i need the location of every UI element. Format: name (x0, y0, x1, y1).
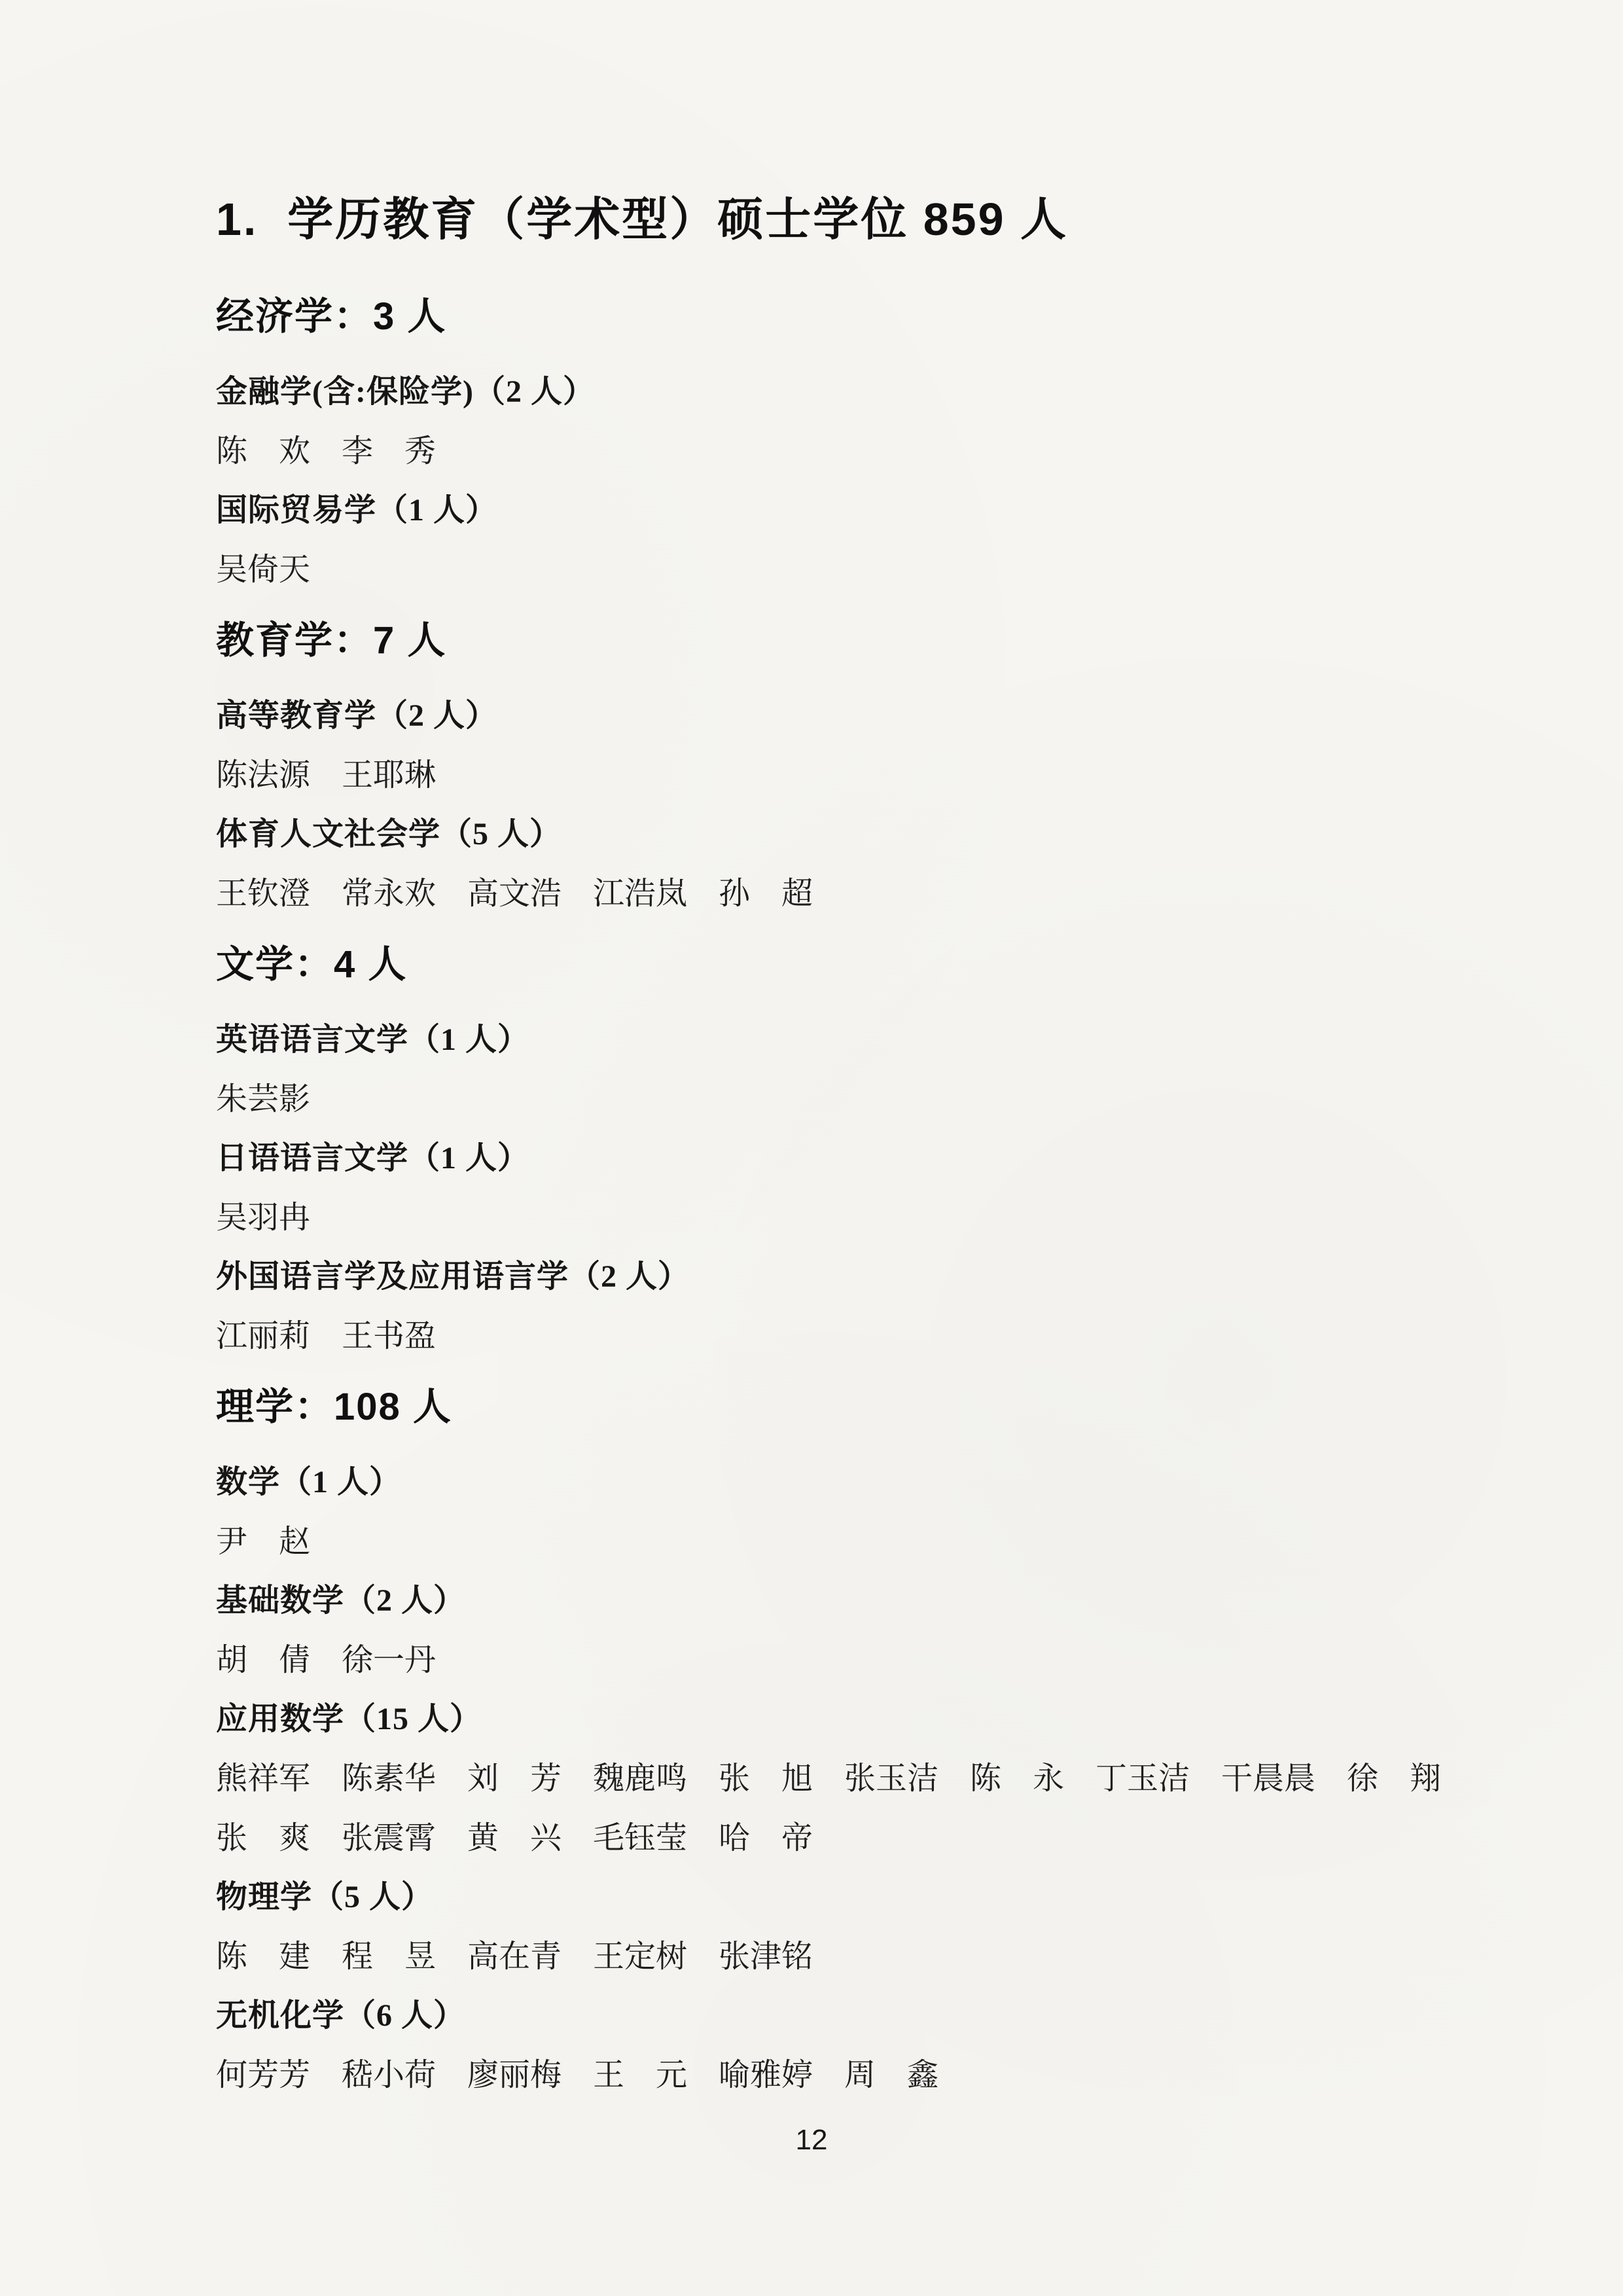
section-heading-economics: 经济学：3 人 (216, 298, 1459, 336)
major-heading: 数学（1 人） (216, 1467, 1459, 1498)
document-page: 1. 学历教育（学术型）硕士学位 859 人 经济学：3 人 金融学(含:保险学… (0, 0, 1623, 2296)
section-heading-science: 理学：108 人 (216, 1388, 1459, 1426)
names-row: 陈法源 王耶琳 (216, 760, 1459, 791)
names-row: 陈 建 程 昱 高在青 王定树 张津铭 (216, 1941, 1459, 1973)
names-row: 吴倚天 (216, 554, 1459, 586)
section-heading-literature: 文学：4 人 (216, 946, 1459, 984)
names-row: 胡 倩 徐一丹 (216, 1645, 1459, 1676)
names-row: 江丽莉 王书盈 (216, 1321, 1459, 1352)
page-number: 12 (0, 2124, 1623, 2157)
page-title: 1. 学历教育（学术型）硕士学位 859 人 (216, 196, 1459, 242)
names-row: 陈 欢 李 秀 (216, 436, 1459, 467)
major-heading: 金融学(含:保险学)（2 人） (216, 376, 1459, 408)
names-row: 吴羽冉 (216, 1202, 1459, 1234)
names-row: 尹 赵 (216, 1526, 1459, 1558)
major-heading: 物理学（5 人） (216, 1882, 1459, 1913)
section-heading-education: 教育学：7 人 (216, 622, 1459, 660)
major-heading: 外国语言学及应用语言学（2 人） (216, 1261, 1459, 1293)
major-heading: 日语语言文学（1 人） (216, 1143, 1459, 1174)
names-row: 张 爽 张震霄 黄 兴 毛钰莹 哈 帝 (216, 1823, 1459, 1854)
major-heading: 高等教育学（2 人） (216, 700, 1459, 732)
names-row: 朱芸影 (216, 1084, 1459, 1115)
major-heading: 国际贸易学（1 人） (216, 495, 1459, 526)
page-content: 1. 学历教育（学术型）硕士学位 859 人 经济学：3 人 金融学(含:保险学… (216, 196, 1459, 2091)
names-row: 何芳芳 嵇小荷 廖丽梅 王 元 喻雅婷 周 鑫 (216, 2060, 1459, 2091)
names-row: 王钦澄 常永欢 高文浩 江浩岚 孙 超 (216, 878, 1459, 910)
major-heading: 应用数学（15 人） (216, 1704, 1459, 1735)
names-row: 熊祥军 陈素华 刘 芳 魏鹿鸣 张 旭 张玉洁 陈 永 丁玉洁 干晨晨 徐 翔 (216, 1763, 1459, 1795)
major-heading: 基础数学（2 人） (216, 1585, 1459, 1617)
major-heading: 体育人文社会学（5 人） (216, 819, 1459, 850)
major-heading: 无机化学（6 人） (216, 2000, 1459, 2032)
major-heading: 英语语言文学（1 人） (216, 1024, 1459, 1056)
